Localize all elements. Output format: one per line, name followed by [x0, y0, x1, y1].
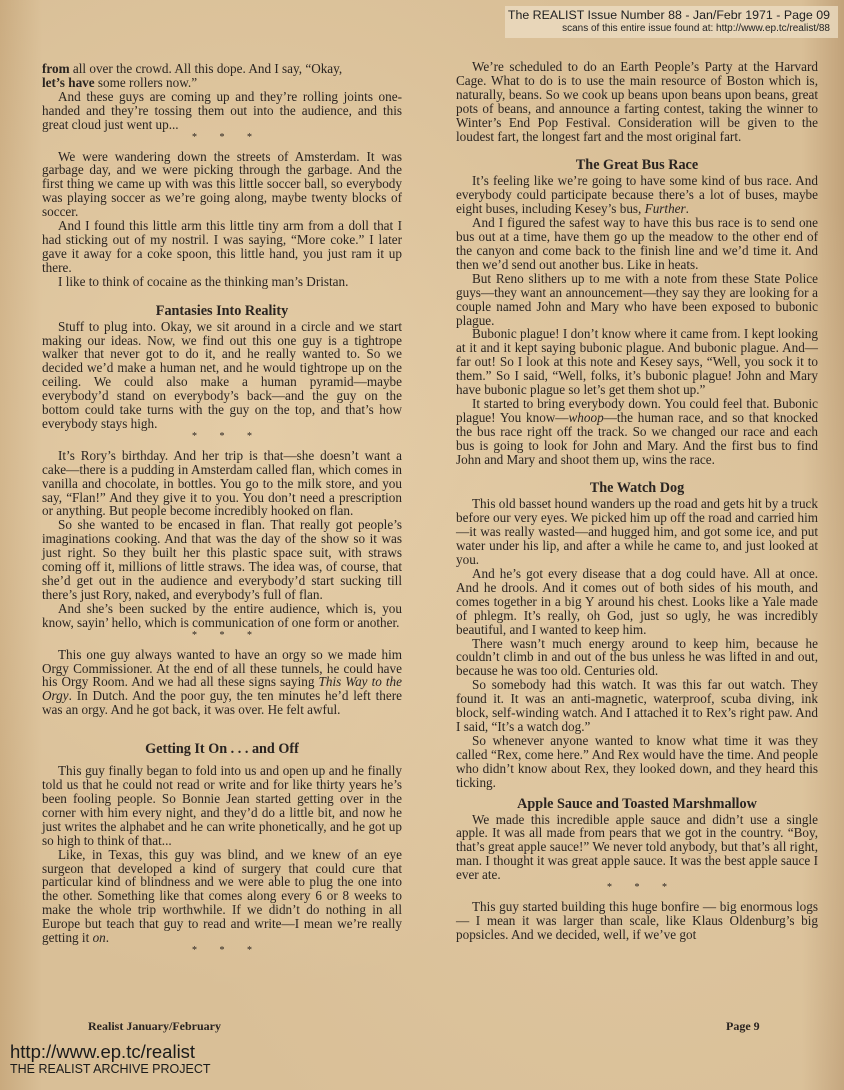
paragraph: There wasn’t much energy around to keep …	[456, 637, 818, 679]
paragraph: So whenever anyone wanted to know what t…	[456, 734, 818, 790]
section-break-stars: * * *	[42, 945, 402, 957]
section-break-stars: * * *	[42, 132, 402, 144]
paragraph: And I figured the safest way to have thi…	[456, 216, 818, 272]
text: It’s feeling like we’re going to have so…	[456, 173, 818, 216]
text: all over the crowd. All this dope. And I…	[70, 61, 343, 76]
bold-text: let’s have	[42, 75, 95, 90]
paragraph: This guy started building this huge bonf…	[456, 900, 818, 942]
paragraph: Like, in Texas, this guy was blind, and …	[42, 848, 402, 945]
section-break-stars: * * *	[42, 431, 402, 443]
archive-url: http://www.ep.tc/realist	[10, 1042, 211, 1062]
italic-text: Further	[645, 201, 686, 216]
paragraph: Stuff to plug into. Okay, we sit around …	[42, 320, 402, 431]
text: some rollers now.”	[95, 75, 197, 90]
archive-watermark: http://www.ep.tc/realist THE REALIST ARC…	[10, 1042, 211, 1077]
archive-project-name: THE REALIST ARCHIVE PROJECT	[10, 1062, 211, 1077]
paragraph: We were wandering down the streets of Am…	[42, 150, 402, 220]
scan-info-banner: The REALIST Issue Number 88 - Jan/Febr 1…	[505, 6, 838, 38]
paragraph: It’s feeling like we’re going to have so…	[456, 174, 818, 216]
paragraph: So somebody had this watch. It was this …	[456, 678, 818, 734]
right-column: We’re scheduled to do an Earth People’s …	[456, 60, 818, 942]
paragraph: This guy finally began to fold into us a…	[42, 764, 402, 847]
section-heading-getting-it-on: Getting It On . . . and Off	[42, 741, 402, 758]
paragraph: And he’s got every disease that a dog co…	[456, 567, 818, 637]
paragraph: So she wanted to be encased in flan. Tha…	[42, 518, 402, 601]
bold-text: from	[42, 61, 70, 76]
paragraph: And she’s been sucked by the entire audi…	[42, 602, 402, 630]
paragraph: from all over the crowd. All this dope. …	[42, 62, 402, 90]
section-break-stars: * * *	[42, 630, 402, 642]
footer-publication: Realist January/February	[88, 1019, 221, 1034]
paragraph: It started to bring everybody down. You …	[456, 397, 818, 467]
paragraph: And I found this little arm this little …	[42, 219, 402, 275]
italic-text: on	[93, 930, 106, 945]
banner-subtitle: scans of this entire issue found at: htt…	[505, 23, 830, 35]
paragraph: This one guy always wanted to have an or…	[42, 648, 402, 718]
italic-text: whoop	[569, 410, 604, 425]
section-heading-fantasies: Fantasies Into Reality	[42, 303, 402, 320]
paragraph: We made this incredible apple sauce and …	[456, 813, 818, 883]
paragraph: Bubonic plague! I don’t know where it ca…	[456, 327, 818, 397]
paragraph: It’s Rory’s birthday. And her trip is th…	[42, 449, 402, 519]
text: .	[686, 201, 689, 216]
paragraph: But Reno slithers up to me with a note f…	[456, 272, 818, 328]
banner-title: The REALIST Issue Number 88 - Jan/Febr 1…	[505, 8, 830, 23]
left-column: from all over the crowd. All this dope. …	[42, 62, 402, 957]
paragraph: I like to think of cocaine as the thinki…	[42, 275, 402, 289]
paragraph: We’re scheduled to do an Earth People’s …	[456, 60, 818, 143]
text: .	[106, 930, 109, 945]
footer-page-number: Page 9	[726, 1019, 760, 1034]
section-heading-bus-race: The Great Bus Race	[456, 157, 818, 174]
paragraph: And these guys are coming up and they’re…	[42, 90, 402, 132]
section-heading-apple-sauce: Apple Sauce and Toasted Marshmallow	[456, 796, 818, 813]
section-break-stars: * * *	[456, 882, 818, 894]
section-heading-watch-dog: The Watch Dog	[456, 480, 818, 497]
text: . In Dutch. And the poor guy, the ten mi…	[42, 688, 402, 717]
paragraph: This old basset hound wanders up the roa…	[456, 497, 818, 567]
